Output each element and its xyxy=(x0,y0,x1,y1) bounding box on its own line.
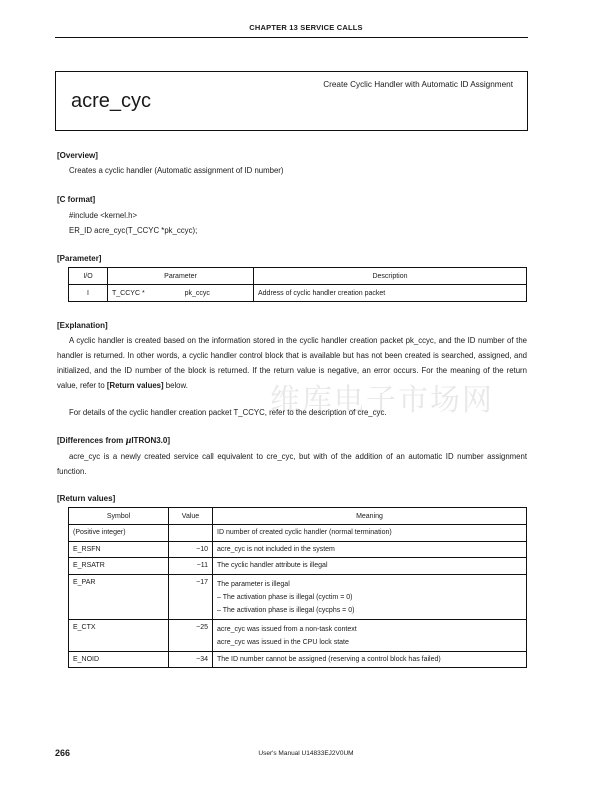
title-box: acre_cyc Create Cyclic Handler with Auto… xyxy=(55,71,528,131)
param-type: T_CCYC * xyxy=(112,290,145,297)
meaning-cell: The ID number cannot be assigned (reserv… xyxy=(213,651,527,668)
table-row: E_CTX−25acre_cyc was issued from a non-t… xyxy=(69,619,527,651)
heading-text: ITRON3.0] xyxy=(131,436,170,445)
table-row: E_NOID−34The ID number cannot be assigne… xyxy=(69,651,527,668)
meaning-cell: ID number of created cyclic handler (nor… xyxy=(213,525,527,542)
meaning-line: acre_cyc was issued in the CPU lock stat… xyxy=(217,636,522,649)
meaning-cell: acre_cyc was issued from a non-task cont… xyxy=(213,619,527,651)
table-row: E_PAR−17The parameter is illegal– The ac… xyxy=(69,574,527,619)
c-format-heading: [C format] xyxy=(57,195,95,204)
table-header-row: I/O Parameter Description xyxy=(69,268,527,285)
symbol-cell: E_RSATR xyxy=(69,558,169,575)
table-row: E_RSATR−11The cyclic handler attribute i… xyxy=(69,558,527,575)
table-row: E_RSFN−10acre_cyc is not included in the… xyxy=(69,541,527,558)
symbol-cell: (Positive integer) xyxy=(69,525,169,542)
column-header: Description xyxy=(254,268,527,285)
running-head: CHAPTER 13 SERVICE CALLS xyxy=(0,23,612,32)
param-description: Address of cyclic handler creation packe… xyxy=(254,285,527,302)
explanation-heading: [Explanation] xyxy=(57,321,108,330)
value-cell: −10 xyxy=(169,541,213,558)
meaning-line: The cyclic handler attribute is illegal xyxy=(217,561,522,572)
c-format-include: #include <kernel.h> xyxy=(69,208,137,223)
parameter-heading: [Parameter] xyxy=(57,254,101,263)
return-values-heading: [Return values] xyxy=(57,494,115,503)
param-io: I xyxy=(69,285,108,302)
parameter-table: I/O Parameter Description I T_CCYC * pk_… xyxy=(68,267,527,302)
value-cell: −11 xyxy=(169,558,213,575)
meaning-line: ID number of created cyclic handler (nor… xyxy=(217,528,522,539)
service-call-description: Create Cyclic Handler with Automatic ID … xyxy=(323,80,513,89)
column-header: Value xyxy=(169,508,213,525)
overview-heading: [Overview] xyxy=(57,151,98,160)
return-values-table: Symbol Value Meaning (Positive integer)I… xyxy=(68,507,527,668)
meaning-line: The ID number cannot be assigned (reserv… xyxy=(217,655,522,666)
symbol-cell: E_CTX xyxy=(69,619,169,651)
table-header-row: Symbol Value Meaning xyxy=(69,508,527,525)
symbol-cell: E_RSFN xyxy=(69,541,169,558)
heading-text: [Differences from xyxy=(57,436,125,445)
differences-text: acre_cyc is a newly created service call… xyxy=(57,449,527,479)
param-name: pk_ccyc xyxy=(185,290,210,297)
meaning-line: The parameter is illegal xyxy=(217,578,522,591)
overview-text: Creates a cyclic handler (Automatic assi… xyxy=(57,163,527,178)
column-header: Meaning xyxy=(213,508,527,525)
column-header: Parameter xyxy=(108,268,254,285)
meaning-line: acre_cyc was issued from a non-task cont… xyxy=(217,623,522,636)
meaning-line: – The activation phase is illegal (cycti… xyxy=(217,591,522,604)
value-cell: −17 xyxy=(169,574,213,619)
symbol-cell: E_PAR xyxy=(69,574,169,619)
c-format-prototype: ER_ID acre_cyc(T_CCYC *pk_ccyc); xyxy=(69,223,197,238)
meaning-cell: The cyclic handler attribute is illegal xyxy=(213,558,527,575)
meaning-cell: The parameter is illegal– The activation… xyxy=(213,574,527,619)
explanation-paragraph-2: For details of the cyclic handler creati… xyxy=(57,405,527,420)
value-cell: −25 xyxy=(169,619,213,651)
column-header: Symbol xyxy=(69,508,169,525)
value-cell xyxy=(169,525,213,542)
explanation-paragraph-1: A cyclic handler is created based on the… xyxy=(57,333,527,393)
service-call-name: acre_cyc xyxy=(71,90,151,113)
symbol-cell: E_NOID xyxy=(69,651,169,668)
table-row: I T_CCYC * pk_ccyc Address of cyclic han… xyxy=(69,285,527,302)
param-cell: T_CCYC * pk_ccyc xyxy=(108,285,254,302)
differences-heading: [Differences from µITRON3.0] xyxy=(57,435,170,445)
explanation-text: below. xyxy=(164,381,188,390)
meaning-line: acre_cyc is not included in the system xyxy=(217,545,522,556)
value-cell: −34 xyxy=(169,651,213,668)
manual-id: User's Manual U14833EJ2V0UM xyxy=(0,750,612,757)
return-values-reference: [Return values] xyxy=(107,381,164,390)
meaning-cell: acre_cyc is not included in the system xyxy=(213,541,527,558)
meaning-line: – The activation phase is illegal (cycph… xyxy=(217,604,522,617)
table-row: (Positive integer)ID number of created c… xyxy=(69,525,527,542)
header-rule xyxy=(55,37,528,38)
column-header: I/O xyxy=(69,268,108,285)
